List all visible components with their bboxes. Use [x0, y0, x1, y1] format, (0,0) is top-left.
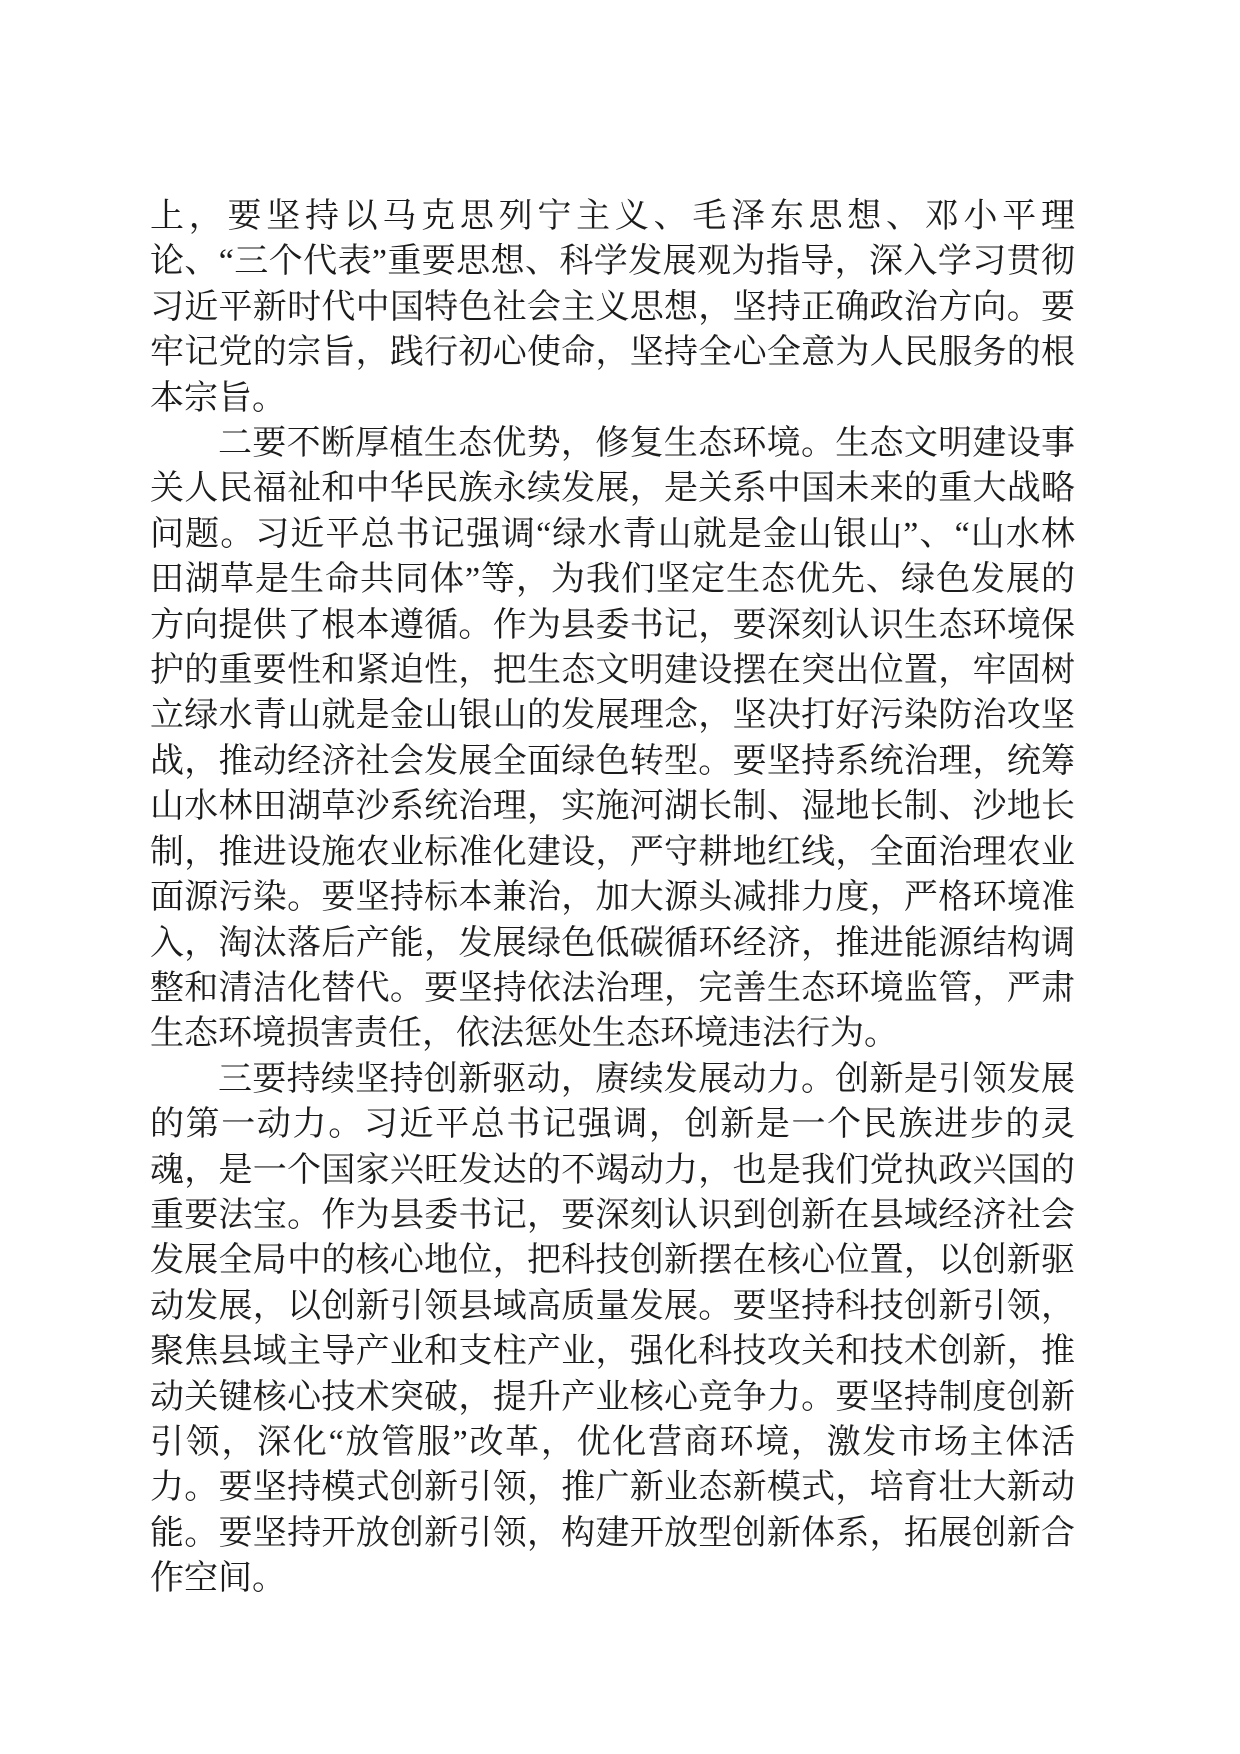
document-page: 上，要坚持以马克思列宁主义、毛泽东思想、邓小平理论、“三个代表”重要思想、科学发… — [0, 0, 1240, 1754]
paragraph-ecology: 二要不断厚植生态优势，修复生态环境。生态文明建设事关人民福祉和中华民族永续发展，… — [150, 421, 1075, 1057]
document-text-block: 上，要坚持以马克思列宁主义、毛泽东思想、邓小平理论、“三个代表”重要思想、科学发… — [150, 194, 1075, 1602]
paragraph-innovation: 三要持续坚持创新驱动，赓续发展动力。创新是引领发展的第一动力。习近平总书记强调，… — [150, 1057, 1075, 1602]
paragraph-continuation: 上，要坚持以马克思列宁主义、毛泽东思想、邓小平理论、“三个代表”重要思想、科学发… — [150, 194, 1075, 421]
